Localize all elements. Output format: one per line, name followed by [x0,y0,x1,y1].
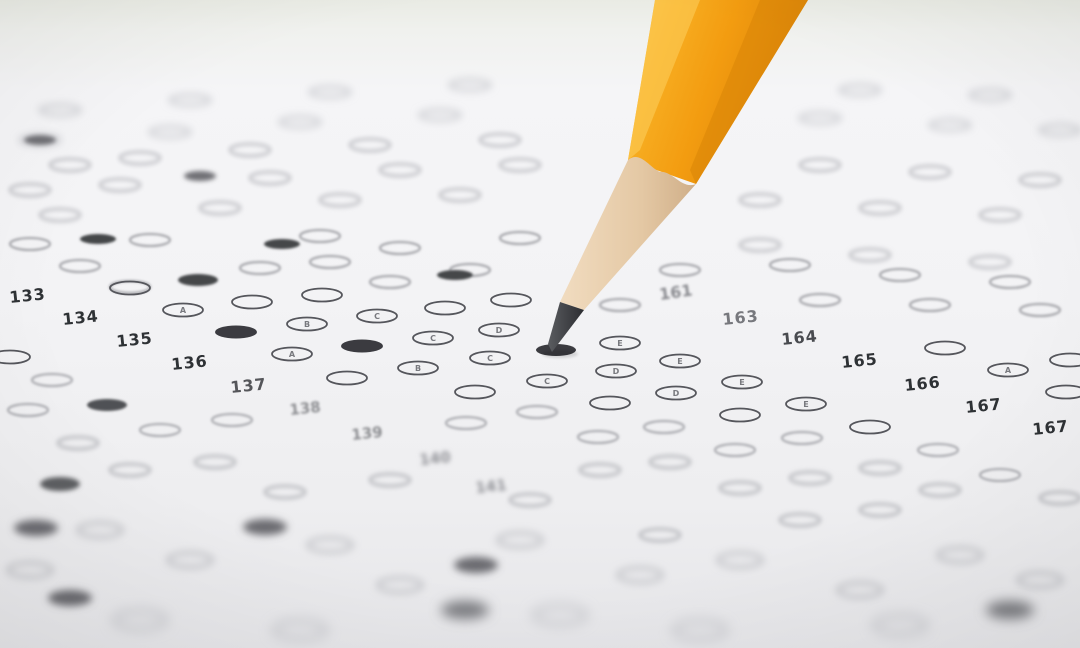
answer-sheet-illustration: 161 AABC CDBC ECDE DEEA [0,0,1080,648]
answer-sheet-photo: 161 AABC CDBC ECDE DEEA [0,0,1080,648]
